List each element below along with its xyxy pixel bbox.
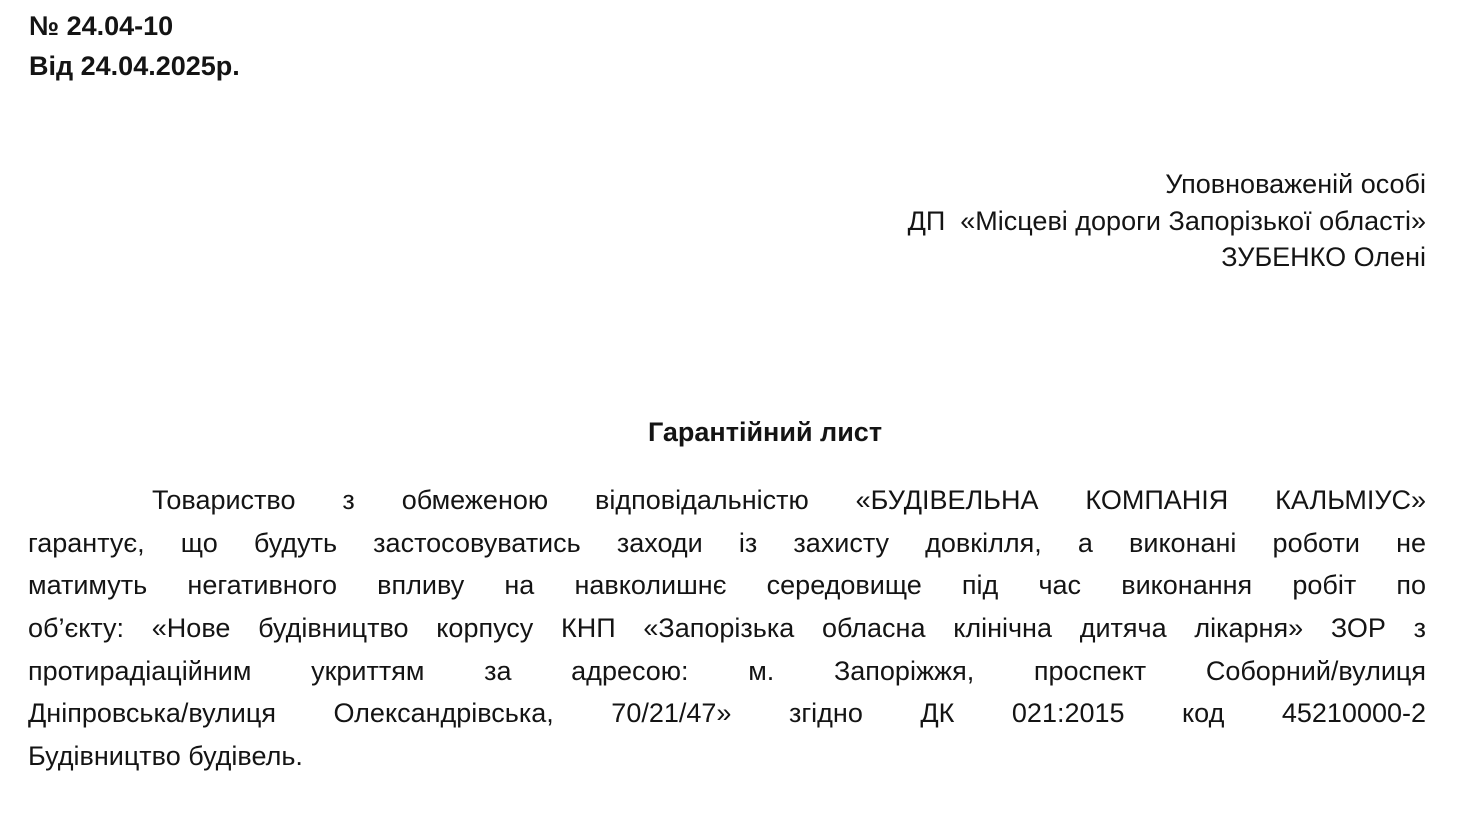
body-line: Будівництво будівель.: [28, 738, 1426, 781]
addressee-organization: ДП «Місцеві дороги Запорізької області»: [908, 203, 1426, 240]
document-title: Гарантійний лист: [0, 414, 1480, 450]
addressee-name: ЗУБЕНКО Олені: [908, 239, 1426, 276]
body-line: Товариство з обмеженою відповідальністю …: [28, 482, 1426, 525]
body-line: протирадіаційним укриттям за адресою: м.…: [28, 653, 1426, 696]
letter-body: Товариство з обмеженою відповідальністю …: [28, 482, 1426, 781]
body-line: об’єкту: «Нове будівництво корпусу КНП «…: [28, 610, 1426, 653]
letter-reference: № 24.04-10 Від 24.04.2025р.: [29, 6, 240, 86]
letter-date: Від 24.04.2025р.: [29, 46, 240, 86]
body-line: гарантує, що будуть застосовуватись захо…: [28, 525, 1426, 568]
body-line: матимуть негативного впливу на навколишн…: [28, 567, 1426, 610]
body-line: Дніпровська/вулиця Олександрівська, 70/2…: [28, 695, 1426, 738]
addressee-block: Уповноваженій особі ДП «Місцеві дороги З…: [908, 166, 1426, 276]
addressee-position: Уповноваженій особі: [908, 166, 1426, 203]
letter-number: № 24.04-10: [29, 6, 240, 46]
